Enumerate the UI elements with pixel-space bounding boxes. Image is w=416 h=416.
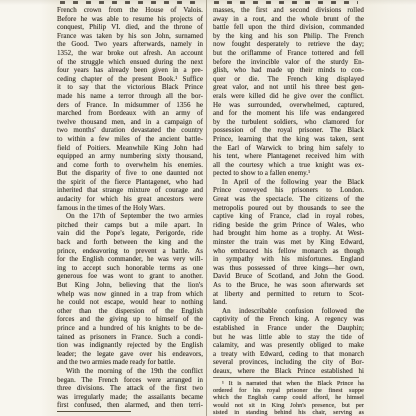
text-line: other than the dispersion of the English bbox=[57, 307, 203, 316]
text-line: it to say that the victorious Black Prin… bbox=[57, 83, 203, 92]
text-line: the spirit of the fierce Plantagenet, wh… bbox=[57, 178, 203, 187]
text-line: deaux, where the Black Prince establishe… bbox=[213, 367, 364, 376]
text-line: inherited that strange mixture of courag… bbox=[57, 186, 203, 195]
text-line: whelp was now ginned in a trap from whic… bbox=[57, 290, 203, 299]
text-line: generous foe was wont to grant to anothe… bbox=[57, 272, 203, 281]
text-line: great valor, and not until his three bes… bbox=[213, 83, 364, 92]
text-line: was thus possessed of three kings—her ow… bbox=[213, 264, 364, 273]
text-line: France was taken by his son John, surnam… bbox=[57, 32, 203, 41]
text-line: which the English camp could afford, he … bbox=[213, 394, 364, 401]
text-line: tion was indignantly rejected by the Eng… bbox=[57, 341, 203, 350]
text-line: French crown from the House of Valois. bbox=[57, 6, 203, 15]
text-line: possession of the royal prisoner. The Bl… bbox=[213, 126, 364, 135]
text-line: marched from Bordeaux with an army of bbox=[57, 109, 203, 118]
text-line: But King John, believing that the lion's bbox=[57, 281, 203, 290]
text-line: began. The French forces were arranged i… bbox=[57, 376, 203, 385]
text-line: Prince conveyed his prisoners to London. bbox=[213, 186, 364, 195]
text-line: the Good. Two years afterwards, namely i… bbox=[57, 40, 203, 49]
text-line: ders of France. In midsummer of 1356 he bbox=[57, 101, 203, 110]
right-column-body-text: masses, the first and second divisions r… bbox=[213, 6, 364, 376]
left-footnote-separator-rule bbox=[57, 411, 131, 412]
text-line: In April of the following year the Black bbox=[213, 178, 364, 187]
text-line: but the oriflamme of France tottered and… bbox=[213, 49, 364, 58]
text-line: several provinces, including the city of… bbox=[213, 358, 364, 367]
text-line: in sympathy with his misfortunes. Englan… bbox=[213, 255, 364, 264]
text-line: With the morning of the 19th the conflic… bbox=[57, 367, 203, 376]
text-line: Before he was able to resume his project… bbox=[57, 15, 203, 24]
cut-off-text-top-left bbox=[60, 1, 198, 4]
text-line: away in a rout, and the whole brunt of t… bbox=[213, 15, 364, 24]
text-line: ordered for his royal prisoner the fines… bbox=[213, 387, 364, 394]
text-line: quer or die. The French king displayed bbox=[213, 75, 364, 84]
text-line: glish, who had made up their minds to co… bbox=[213, 66, 364, 75]
text-line: captivity of the French king. A regency … bbox=[213, 315, 364, 324]
text-line: twelve thousand men, and in a campaign o… bbox=[57, 118, 203, 127]
text-line: and for the moment his life was endanger… bbox=[213, 109, 364, 118]
text-line: by the king and his son Philip. The Fren… bbox=[213, 32, 364, 41]
text-line: field of Poitiers. Meanwhile King John h… bbox=[57, 144, 203, 153]
text-line: equipped an army numbering sixty thousan… bbox=[57, 152, 203, 161]
cut-off-text-top-right bbox=[214, 1, 358, 4]
text-line: had brought him home as a trophy. At Wes… bbox=[213, 229, 364, 238]
text-line: the Earl of Warwick to bring him safely … bbox=[213, 144, 364, 153]
text-line: would not sit in King John's presence, b… bbox=[213, 402, 364, 409]
text-line: calamity, and was presently obliged to m… bbox=[213, 341, 364, 350]
text-line: before the invincible valor of the sturd… bbox=[213, 58, 364, 67]
text-line: four years has already been given in a p… bbox=[57, 66, 203, 75]
text-line: for the English commander, he was very w… bbox=[57, 255, 203, 264]
text-line: prince, endeavoring to prevent a battle.… bbox=[57, 247, 203, 256]
text-line: by the turbulent soldiers, who clamored … bbox=[213, 118, 364, 127]
text-line: vain did the Pope's legate, Perigorde, r… bbox=[57, 229, 203, 238]
text-line: Great was the spectacle. The citizens of… bbox=[213, 195, 364, 204]
column-divider-rule bbox=[206, 0, 207, 416]
text-line: but he was little able to stay the tide … bbox=[213, 333, 364, 342]
text-line: erals were killed did he give over the c… bbox=[213, 92, 364, 101]
text-line: battle fell upon the third division, com… bbox=[213, 23, 364, 32]
text-line: established in France under the Dauphin; bbox=[213, 324, 364, 333]
footnote-text: ¹ It is narrated that when the Black Pri… bbox=[213, 380, 364, 416]
text-line: his tent, where Plantagenet received him… bbox=[213, 152, 364, 161]
text-line: But the disparity of five to one daunted… bbox=[57, 169, 203, 178]
text-line: captive king of France, clad in royal ro… bbox=[213, 212, 364, 221]
text-line: all the courtesy which a true knight was… bbox=[213, 161, 364, 170]
text-line: two months' duration devastated the coun… bbox=[57, 126, 203, 135]
text-line: first confused, then alarmed, and then t… bbox=[57, 401, 203, 410]
text-line: He was surrounded, overwhelmed, captured… bbox=[213, 101, 364, 110]
text-line: a treaty with Edward, ceding to that mon… bbox=[213, 350, 364, 359]
text-line: to within a few miles of the ancient bat… bbox=[57, 135, 203, 144]
text-line: pitched their camps but a mile apart. In bbox=[57, 221, 203, 230]
text-line: leader; the legate gave over his endeavo… bbox=[57, 350, 203, 359]
text-line: pected to show to a fallen enemy.¹ bbox=[213, 169, 364, 178]
text-line: of the struggle which ensued during the … bbox=[57, 58, 203, 67]
text-line: metropolis poured out by thousands to se… bbox=[213, 204, 364, 213]
text-line: was irregularly made; the assailants bec… bbox=[57, 393, 203, 402]
text-line: forces and the giving up to himself of t… bbox=[57, 315, 203, 324]
text-line: and the two armies made ready for battle… bbox=[57, 358, 203, 367]
text-line: and come forth to overwhelm his enemies. bbox=[57, 161, 203, 170]
text-line: three divisions. The attack of the first… bbox=[57, 384, 203, 393]
text-line: famous in the times of the Holy Wars. bbox=[57, 204, 203, 213]
text-line: minster the train was met by King Edward… bbox=[213, 238, 364, 247]
text-line: riding beside the grim Prince of Wales, … bbox=[213, 221, 364, 230]
text-line: now fought desperately to retrieve the d… bbox=[213, 40, 364, 49]
text-line: ing to accept such honorable terms as on… bbox=[57, 264, 203, 273]
text-line: tained as prisoners in France. Such a co… bbox=[57, 333, 203, 342]
text-line: made his name a terror through all the b… bbox=[57, 92, 203, 101]
right-text-column: masses, the first and second divisions r… bbox=[213, 6, 364, 416]
scanned-book-page: French crown from the House of Valois.Be… bbox=[0, 0, 416, 416]
text-line: land. bbox=[213, 298, 364, 307]
text-line: ceding chapter of the present Book.¹ Suf… bbox=[57, 75, 203, 84]
text-line: As to the Bruce, he was soon afterwards … bbox=[213, 281, 364, 290]
text-line: David Bruce of Scotland, and John the Go… bbox=[213, 272, 364, 281]
text-line: Prince, learning that the king was taken… bbox=[213, 135, 364, 144]
text-line: ¹ It is narrated that when the Black Pri… bbox=[213, 380, 364, 387]
text-line: 1352, the war broke out afresh. An accou… bbox=[57, 49, 203, 58]
text-line: who embraced his fellow monarch as thoug… bbox=[213, 247, 364, 256]
text-line: back and forth between the king and the bbox=[57, 238, 203, 247]
text-line: he could not escape, would hear to nothi… bbox=[57, 298, 203, 307]
text-line: An indescribable confusion followed the bbox=[213, 307, 364, 316]
footnote-separator-rule bbox=[213, 377, 359, 378]
text-line: masses, the first and second divisions r… bbox=[213, 6, 364, 15]
text-line: conquest, Philip VI. died, and the thron… bbox=[57, 23, 203, 32]
text-line: prince and a hundred of his knights to b… bbox=[57, 324, 203, 333]
text-line: On the 17th of September the two armies bbox=[57, 212, 203, 221]
left-text-column: French crown from the House of Valois.Be… bbox=[57, 6, 203, 410]
text-line: at liberty and permitted to return to Sc… bbox=[213, 290, 364, 299]
text-line: audacity for which his great ancestors w… bbox=[57, 195, 203, 204]
text-line: sisted in standing behind his chair, ser… bbox=[213, 409, 364, 416]
